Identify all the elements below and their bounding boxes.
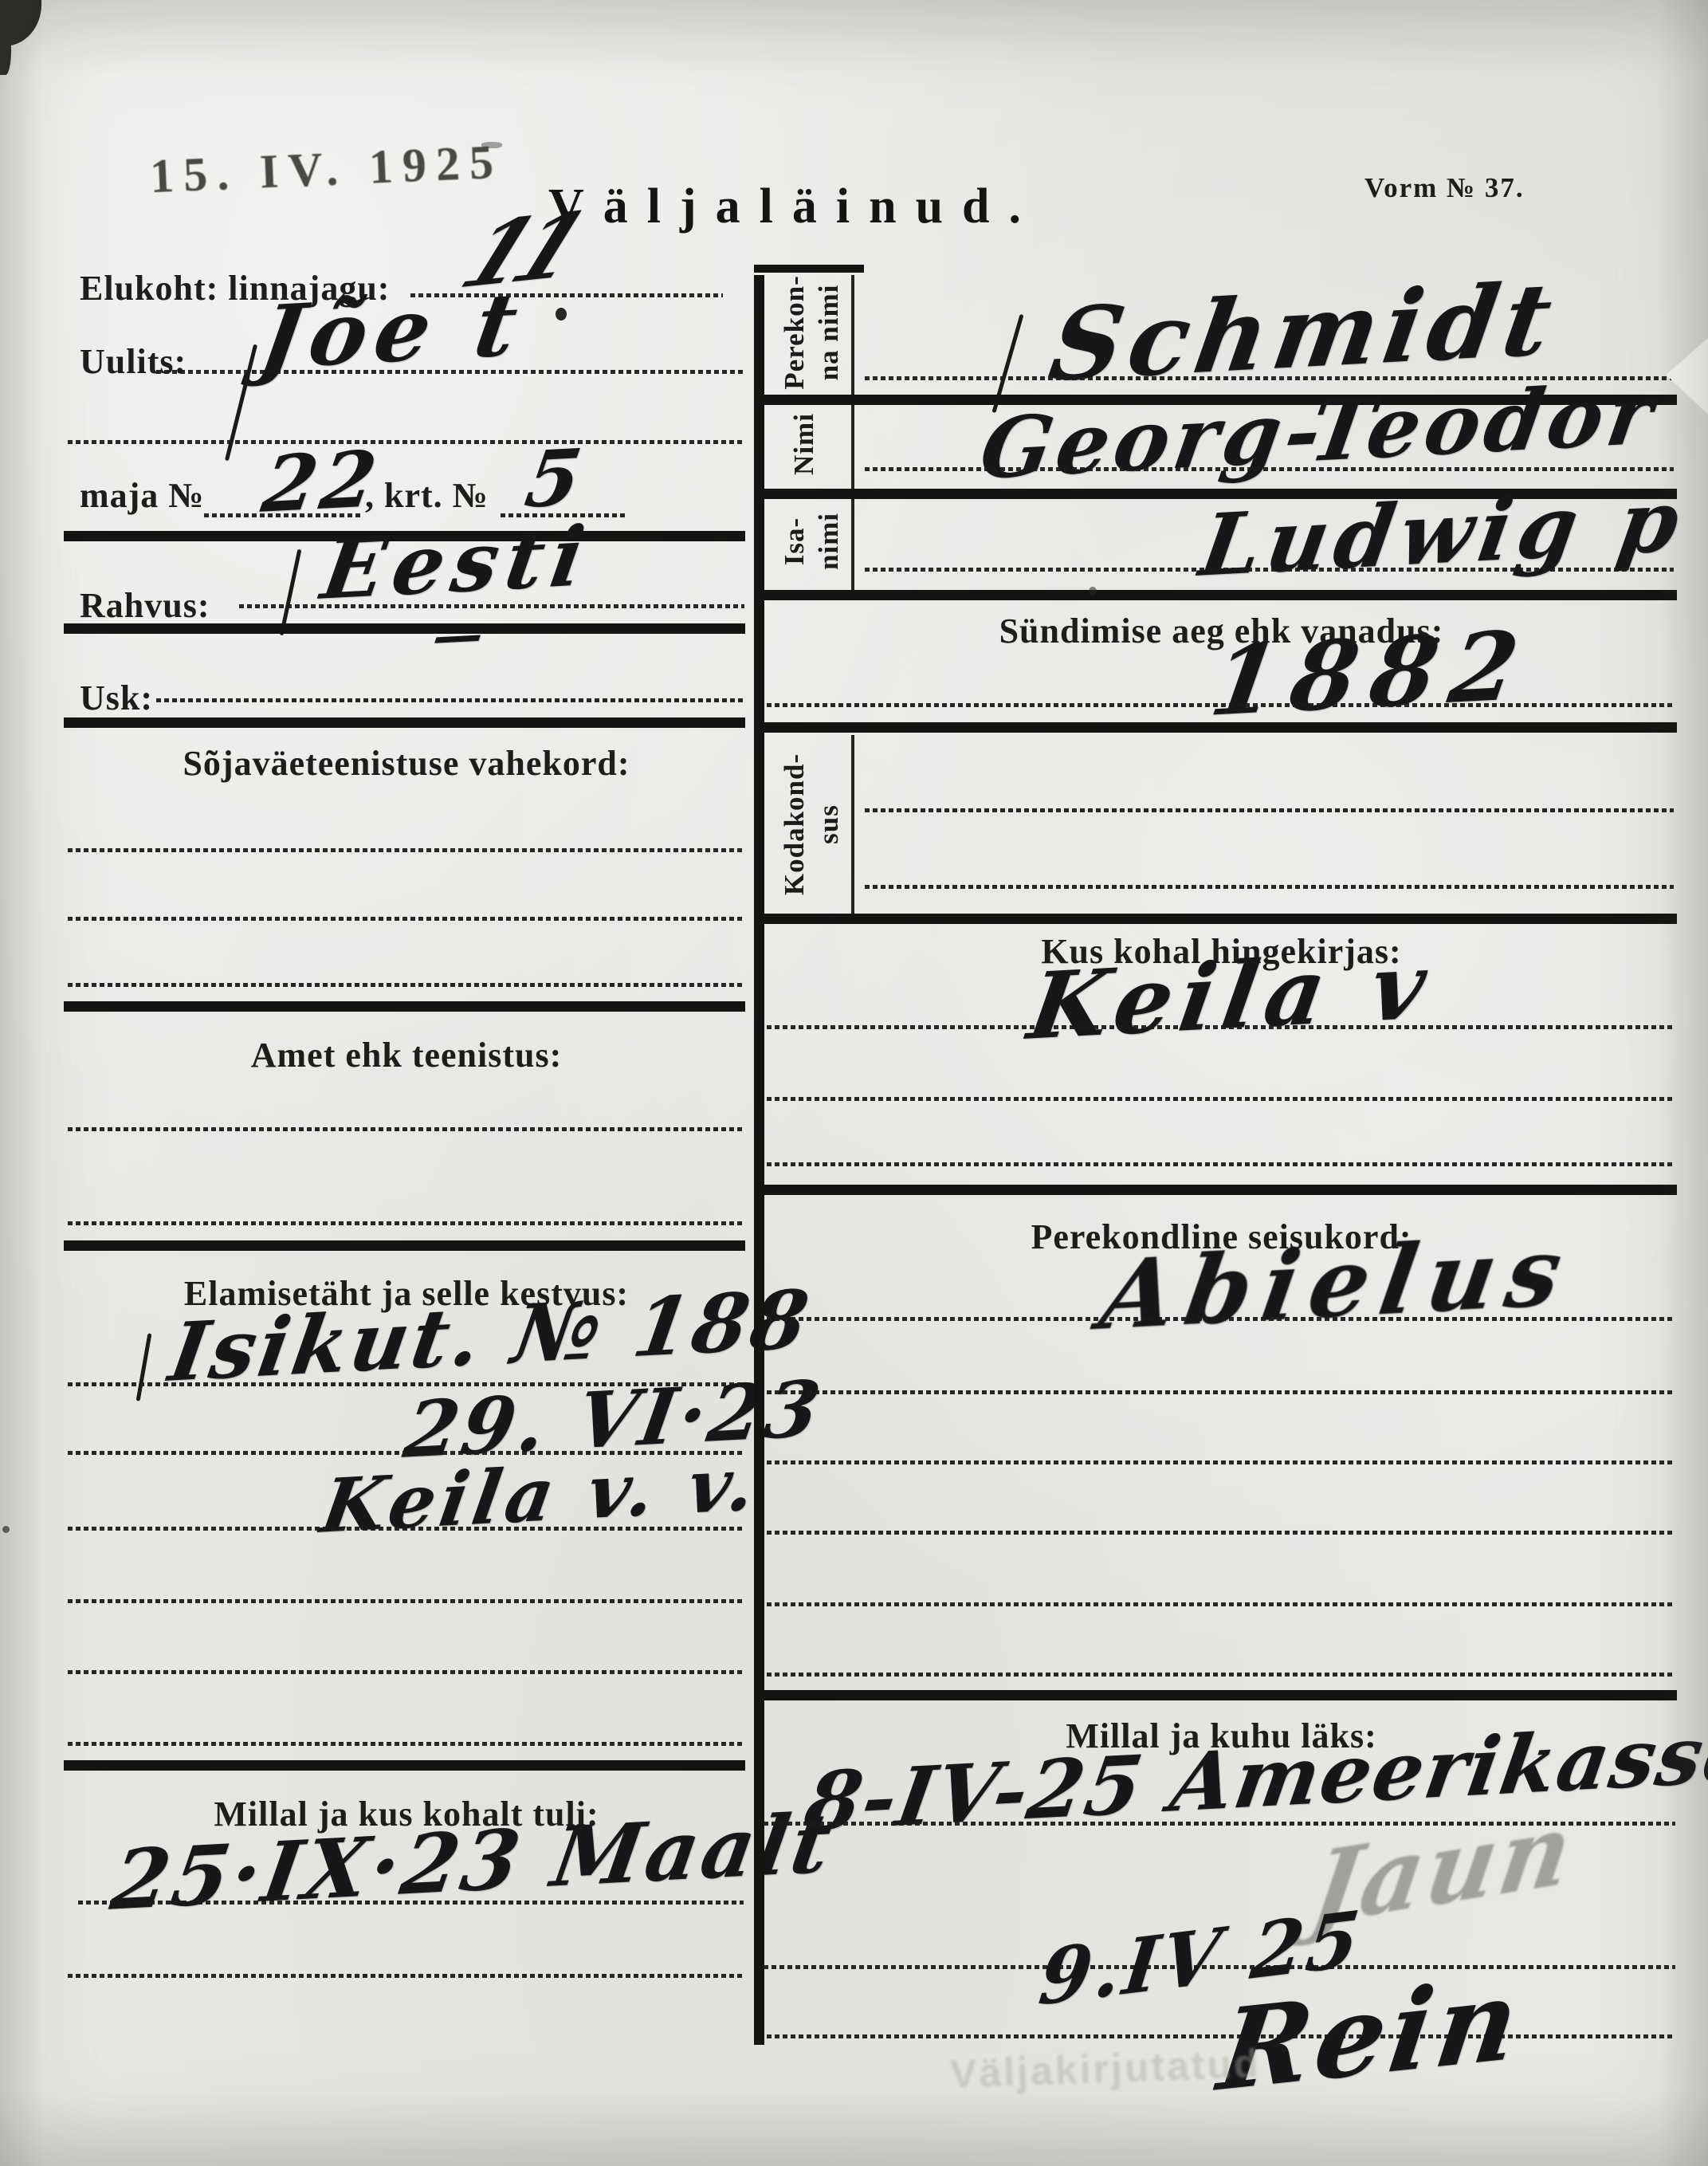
dotted-line	[68, 917, 744, 921]
dotted-line	[767, 1097, 1675, 1101]
dotted-line	[68, 983, 744, 987]
dotted-line	[204, 513, 360, 517]
faded-stamp: Väljakirjutatud	[949, 2040, 1261, 2097]
dotted-line	[767, 2034, 1675, 2038]
dotted-line	[68, 1127, 744, 1131]
thick-rule	[64, 1001, 745, 1012]
dotted-line	[68, 1742, 744, 1746]
dotted-line	[68, 440, 744, 444]
scan-speck	[1089, 587, 1097, 596]
rahvus-value-handwritten: Eesti	[316, 508, 599, 619]
pen-stroke	[136, 1333, 152, 1401]
thick-rule	[64, 717, 745, 728]
label-cell-rule	[851, 275, 854, 594]
father-vertical-label: Isa-nimi	[778, 496, 846, 587]
thick-rule	[64, 1240, 745, 1251]
dotted-line	[78, 1901, 744, 1905]
thick-rule	[754, 590, 1677, 600]
thick-rule	[754, 1185, 1677, 1195]
dotted-line	[767, 1460, 1675, 1464]
birth-value-handwritten: 1882	[1203, 609, 1540, 737]
surname-label-line1: Perekon-	[779, 275, 810, 389]
dotted-line	[865, 568, 1674, 572]
dotted-line	[68, 1599, 744, 1603]
krt-label: , krt. №	[365, 475, 489, 516]
thick-rule	[754, 1690, 1677, 1700]
dotted-line	[767, 1531, 1675, 1535]
citizenship-label-line2: sus	[813, 804, 844, 844]
usk-label: Usk:	[80, 678, 153, 718]
dotted-line	[68, 848, 744, 852]
form-number: Vorm № 37.	[1364, 172, 1525, 204]
thick-rule	[64, 623, 745, 634]
thick-rule	[64, 1760, 745, 1771]
dotted-line	[767, 1390, 1675, 1394]
scan-speck	[481, 142, 502, 148]
dotted-line	[767, 703, 1675, 707]
date-received-stamp: 15. IV. 1925	[149, 135, 504, 204]
name-vertical-label: Nimi	[787, 402, 822, 486]
label-cell-rule	[851, 735, 854, 915]
citizenship-vertical-label: Kodakond-sus	[778, 738, 846, 910]
column-divider-rule	[754, 275, 764, 2045]
occupation-heading: Amet ehk teenistus:	[68, 1035, 745, 1075]
dotted-line	[239, 604, 744, 608]
dotted-line	[865, 885, 1674, 889]
dotted-line	[767, 1162, 1675, 1166]
surname-vertical-label: Perekon-na nimi	[778, 273, 846, 392]
scan-speck	[0, 26, 11, 75]
dotted-line	[767, 1317, 1675, 1321]
uulits-label: Uulits:	[80, 341, 187, 382]
dotted-line	[68, 1221, 744, 1225]
father-label-line2: nimi	[813, 513, 844, 570]
dotted-line	[767, 1025, 1675, 1029]
dotted-line	[68, 1527, 744, 1531]
thick-rule	[754, 722, 1677, 733]
dotted-line	[767, 1602, 1675, 1606]
father-label-line1: Isa-	[779, 517, 810, 565]
dotted-line	[865, 467, 1674, 471]
scanned-form-page: 15. IV. 1925 Väljaläinud. Vorm № 37. Elu…	[0, 0, 1708, 2166]
form-title: Väljaläinud.	[548, 179, 1040, 235]
thick-rule	[754, 914, 1677, 924]
military-service-heading: Sõjaväeteenistuse vahekord:	[68, 743, 745, 784]
register-value-handwritten: Keila v	[1022, 931, 1441, 1060]
scan-speck	[556, 308, 567, 320]
scan-speck	[2, 1526, 10, 1533]
surname-label-line2: na nimi	[813, 285, 844, 381]
dotted-line	[68, 1974, 744, 1978]
maja-label: maja №	[80, 475, 205, 516]
residence-permit-entry-3: Keila v. v.	[316, 1440, 766, 1550]
rahvus-label: Rahvus:	[80, 585, 210, 626]
dotted-line	[156, 698, 746, 702]
thick-rule	[754, 265, 864, 273]
dotted-line	[68, 1670, 744, 1674]
dotted-line	[767, 1673, 1675, 1677]
dotted-line	[156, 370, 743, 374]
dotted-line	[865, 808, 1674, 812]
usk-value-handwritten: —	[429, 604, 488, 666]
citizenship-label-line1: Kodakond-	[779, 753, 810, 895]
